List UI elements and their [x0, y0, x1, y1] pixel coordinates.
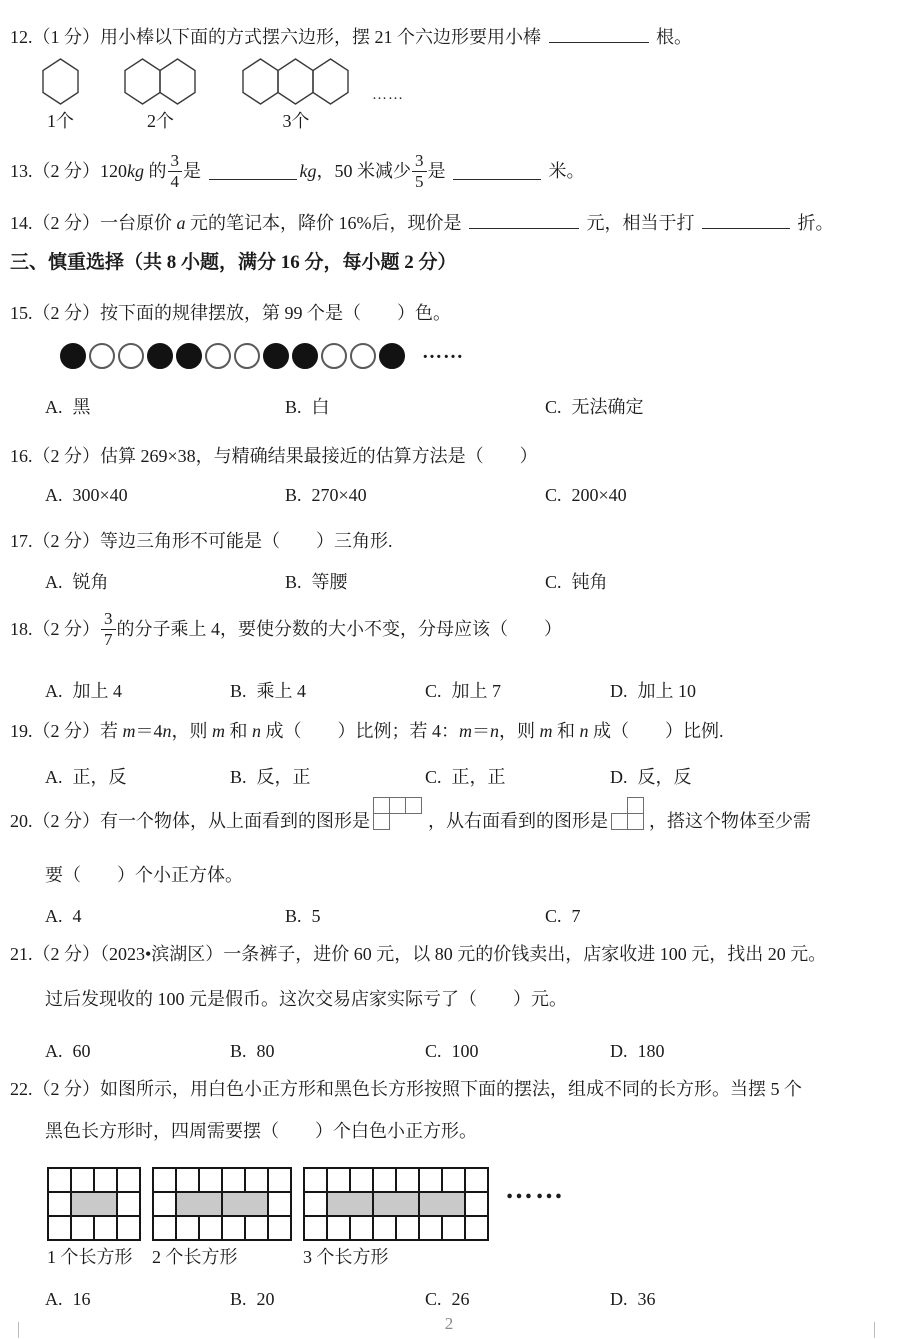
question-text: （2 分）按下面的规律摆放，第 99 个是（ ）色。 [33, 303, 452, 323]
question-19-text: 19.（2 分）若 m＝4n，则 m 和 n 成（ ）比例；若 4：m＝n，则 … [10, 720, 898, 742]
rectangle-figure-1: 1 个长方形 [47, 1167, 141, 1267]
question-20: 20.（2 分）有一个物体，从上面看到的图形是，从右面看到的图形是，搭这个物体至… [10, 796, 898, 927]
answer-blank [702, 212, 790, 229]
question-number: 21. [10, 944, 33, 964]
black-rectangle [177, 1193, 221, 1215]
question-text: 是 [428, 145, 446, 197]
option-b: B.20 [230, 1288, 425, 1310]
option-b: B.乘上 4 [230, 680, 425, 702]
option-c: C.26 [425, 1288, 610, 1310]
pattern-circle [379, 343, 405, 369]
option-d: D.反，反 [610, 766, 692, 788]
question-17: 17.（2 分）等边三角形不可能是（ ）三角形. A.锐角 B.等腰 C.钝角 [10, 530, 898, 593]
question-text: 折。 [798, 213, 834, 233]
question-number: 22. [10, 1079, 33, 1099]
pattern-circle [205, 343, 231, 369]
variable-m: m [212, 721, 225, 741]
rectangle-figure-2: 2 个长方形 [152, 1167, 292, 1267]
rectangle-grid-2 [152, 1167, 292, 1241]
question-text-suffix: 根。 [656, 27, 692, 47]
black-rectangle [420, 1193, 464, 1215]
hexagon-group-1-label: 1个 [47, 111, 74, 131]
variable-n: n [163, 721, 172, 741]
pattern-circle [263, 343, 289, 369]
black-rectangle [328, 1193, 372, 1215]
variable-n: n [580, 721, 589, 741]
question-text: （2 分）等边三角形不可能是（ ）三角形. [33, 531, 393, 551]
question-text: （2 分）120 [33, 145, 128, 197]
option-c: C.正，正 [425, 766, 610, 788]
ellipsis: …… [422, 347, 464, 357]
pattern-circle [60, 343, 86, 369]
option-c: C.100 [425, 1040, 610, 1062]
fraction-three-fifths: 35 [412, 152, 427, 191]
question-13: 13.（2 分）120kg 的34是 kg，50 米减少35是 米。 [10, 145, 898, 197]
question-14: 14.（2 分）一台原价 a 元的笔记本，降价 16%后，现价是 元，相当于打 … [10, 212, 898, 234]
question-text: 元，相当于打 [587, 213, 695, 233]
rectangle-grid-1 [47, 1167, 141, 1241]
option-b: B.白 [285, 396, 545, 418]
unit-kg: kg [300, 145, 317, 197]
question-12-text: 12.（1 分）用小棒以下面的方式摆六边形，摆 21 个六边形要用小棒 根。 [10, 26, 898, 48]
question-number: 15. [10, 303, 33, 323]
option-b: B.反，正 [230, 766, 425, 788]
question-number: 16. [10, 446, 33, 466]
rectangle-figure-3: 3 个长方形 [303, 1167, 489, 1267]
pattern-circle [234, 343, 260, 369]
crop-mark-left [18, 1322, 19, 1338]
black-rectangle [72, 1193, 116, 1215]
option-c: C.7 [545, 905, 581, 927]
option-b: B.270×40 [285, 484, 545, 506]
options-row: A.黑 B.白 C.无法确定 [10, 396, 898, 418]
question-21-text-line1: 21.（2 分）（2023•滨湖区）一条裤子，进价 60 元，以 80 元的价钱… [10, 943, 898, 965]
variable-m: m [540, 721, 553, 741]
options-row: A.300×40 B.270×40 C.200×40 [10, 484, 898, 506]
question-20-text-line2: 要（ ）个小正方体。 [10, 864, 898, 886]
variable-a: a [177, 213, 186, 233]
question-15: 15.（2 分）按下面的规律摆放，第 99 个是（ ）色。 …… A.黑 B.白… [10, 302, 898, 418]
question-number: 18. [10, 603, 33, 655]
question-text: （1 分）用小棒以下面的方式摆六边形，摆 21 个六边形要用小棒 [33, 27, 542, 47]
hexagon-figure: 1个 2个 3个 …… [10, 58, 898, 131]
variable-m: m [123, 721, 136, 741]
crop-mark-right [874, 1322, 875, 1338]
question-text: 的分子乘上 4，要使分数的大小不变，分母应该（ ） [117, 603, 563, 655]
options-row: A.4 B.5 C.7 [10, 905, 898, 927]
pattern-circle [89, 343, 115, 369]
view-from-top-figure [373, 797, 425, 832]
black-rectangle [223, 1193, 267, 1215]
option-a: A.正，反 [45, 766, 230, 788]
option-a: A.加上 4 [45, 680, 230, 702]
pattern-circle [176, 343, 202, 369]
options-row: A.加上 4 B.乘上 4 C.加上 7 D.加上 10 [10, 680, 898, 702]
question-14-text: 14.（2 分）一台原价 a 元的笔记本，降价 16%后，现价是 元，相当于打 … [10, 212, 898, 234]
figure-2-label: 2 个长方形 [152, 1247, 292, 1267]
fraction-three-fourths: 34 [168, 152, 183, 191]
option-d: D.加上 10 [610, 680, 696, 702]
option-a: A.60 [45, 1040, 230, 1062]
question-16: 16.（2 分）估算 269×38，与精确结果最接近的估算方法是（ ） A.30… [10, 445, 898, 506]
pattern-circle [118, 343, 144, 369]
view-from-right-figure [611, 797, 646, 832]
hexagon-group-3-label: 3个 [283, 111, 310, 131]
question-17-text: 17.（2 分）等边三角形不可能是（ ）三角形. [10, 530, 898, 552]
question-18-text: 18.（2 分）37的分子乘上 4，要使分数的大小不变，分母应该（ ） [10, 603, 898, 655]
question-21: 21.（2 分）（2023•滨湖区）一条裤子，进价 60 元，以 80 元的价钱… [10, 943, 898, 1062]
question-20-text-line1: 20.（2 分）有一个物体，从上面看到的图形是，从右面看到的图形是，搭这个物体至… [10, 796, 898, 846]
options-row: A.60 B.80 C.100 D.180 [10, 1040, 898, 1062]
unit-kg: kg [127, 145, 144, 197]
options-row: A.16 B.20 C.26 D.36 [10, 1288, 898, 1310]
hexagon-group-1: 1个 [42, 58, 79, 131]
option-d: D.36 [610, 1288, 656, 1310]
option-b: B.等腰 [285, 571, 545, 593]
question-text: 的 [144, 145, 167, 197]
figure-1-label: 1 个长方形 [47, 1247, 141, 1267]
pattern-circle [292, 343, 318, 369]
answer-blank [209, 163, 297, 180]
pattern-circle [350, 343, 376, 369]
question-16-text: 16.（2 分）估算 269×38，与精确结果最接近的估算方法是（ ） [10, 445, 898, 467]
question-22: 22.（2 分）如图所示，用白色小正方形和黑色长方形按照下面的摆法，组成不同的长… [10, 1078, 898, 1310]
circle-pattern-figure: …… [10, 341, 898, 371]
page-number: 2 [0, 1314, 898, 1334]
option-a: A.黑 [45, 396, 285, 418]
question-18: 18.（2 分）37的分子乘上 4，要使分数的大小不变，分母应该（ ） A.加上… [10, 603, 898, 702]
options-row: A.锐角 B.等腰 C.钝角 [10, 571, 898, 593]
question-number: 13. [10, 145, 33, 197]
variable-n: n [490, 721, 499, 741]
hexagon-2-shape [124, 58, 197, 105]
option-a: A.4 [45, 905, 285, 927]
variable-n: n [252, 721, 261, 741]
black-rectangle [374, 1193, 418, 1215]
pattern-circle [321, 343, 347, 369]
question-number: 14. [10, 213, 33, 233]
question-text: 是 [183, 145, 201, 197]
question-text: ，50 米减少 [317, 145, 412, 197]
question-text: 元的笔记本，降价 16%后，现价是 [186, 213, 462, 233]
question-22-text-line1: 22.（2 分）如图所示，用白色小正方形和黑色长方形按照下面的摆法，组成不同的长… [10, 1078, 898, 1100]
answer-blank [469, 212, 579, 229]
option-c: C.钝角 [545, 571, 608, 593]
question-22-text-line2: 黑色长方形时，四周需要摆（ ）个白色小正方形。 [10, 1120, 898, 1142]
hexagon-group-3: 3个 [242, 58, 350, 131]
option-a: A.锐角 [45, 571, 285, 593]
question-12: 12.（1 分）用小棒以下面的方式摆六边形，摆 21 个六边形要用小棒 根。 1… [10, 26, 898, 131]
section-header: 三、慎重选择（共 8 小题，满分 16 分，每小题 2 分） [10, 252, 898, 274]
option-c: C.无法确定 [545, 396, 644, 418]
option-b: B.80 [230, 1040, 425, 1062]
hexagon-3-shape [242, 58, 350, 105]
hexagon-1-shape [42, 58, 79, 105]
question-21-text-line2: 过后发现收的 100 元是假币。这次交易店家实际亏了（ ）元。 [10, 988, 898, 1010]
option-d: D.180 [610, 1040, 665, 1062]
question-text: （2 分）一台原价 [33, 213, 177, 233]
option-c: C.加上 7 [425, 680, 610, 702]
question-text: （2 分）估算 269×38，与精确结果最接近的估算方法是（ ） [33, 446, 538, 466]
variable-m: m [459, 721, 472, 741]
hexagon-group-2: 2个 [124, 58, 197, 131]
rectangle-pattern-figure: 1 个长方形 2 个长方形 3 个长方形 …… [10, 1167, 898, 1267]
question-19: 19.（2 分）若 m＝4n，则 m 和 n 成（ ）比例；若 4：m＝n，则 … [10, 720, 898, 788]
ellipsis: …… [505, 1183, 565, 1197]
ellipsis: …… [372, 90, 404, 100]
question-number: 20. [10, 811, 33, 831]
question-text: 米。 [544, 145, 585, 197]
answer-blank [453, 163, 541, 180]
option-a: A.16 [45, 1288, 230, 1310]
option-a: A.300×40 [45, 484, 285, 506]
question-number: 17. [10, 531, 33, 551]
exam-page: 12.（1 分）用小棒以下面的方式摆六边形，摆 21 个六边形要用小棒 根。 1… [0, 0, 898, 1310]
figure-3-label: 3 个长方形 [303, 1247, 489, 1267]
hexagon-group-2-label: 2个 [147, 111, 174, 131]
option-c: C.200×40 [545, 484, 627, 506]
pattern-circle [147, 343, 173, 369]
fraction-three-sevenths: 37 [101, 610, 116, 649]
rectangle-grid-3 [303, 1167, 489, 1241]
options-row: A.正，反 B.反，正 C.正，正 D.反，反 [10, 766, 898, 788]
answer-blank [549, 26, 649, 43]
option-b: B.5 [285, 905, 545, 927]
question-15-text: 15.（2 分）按下面的规律摆放，第 99 个是（ ）色。 [10, 302, 898, 324]
question-number: 19. [10, 721, 33, 741]
question-number: 12. [10, 27, 33, 47]
question-text: （2 分） [33, 603, 101, 655]
question-13-text: 13.（2 分）120kg 的34是 kg，50 米减少35是 米。 [10, 145, 898, 197]
